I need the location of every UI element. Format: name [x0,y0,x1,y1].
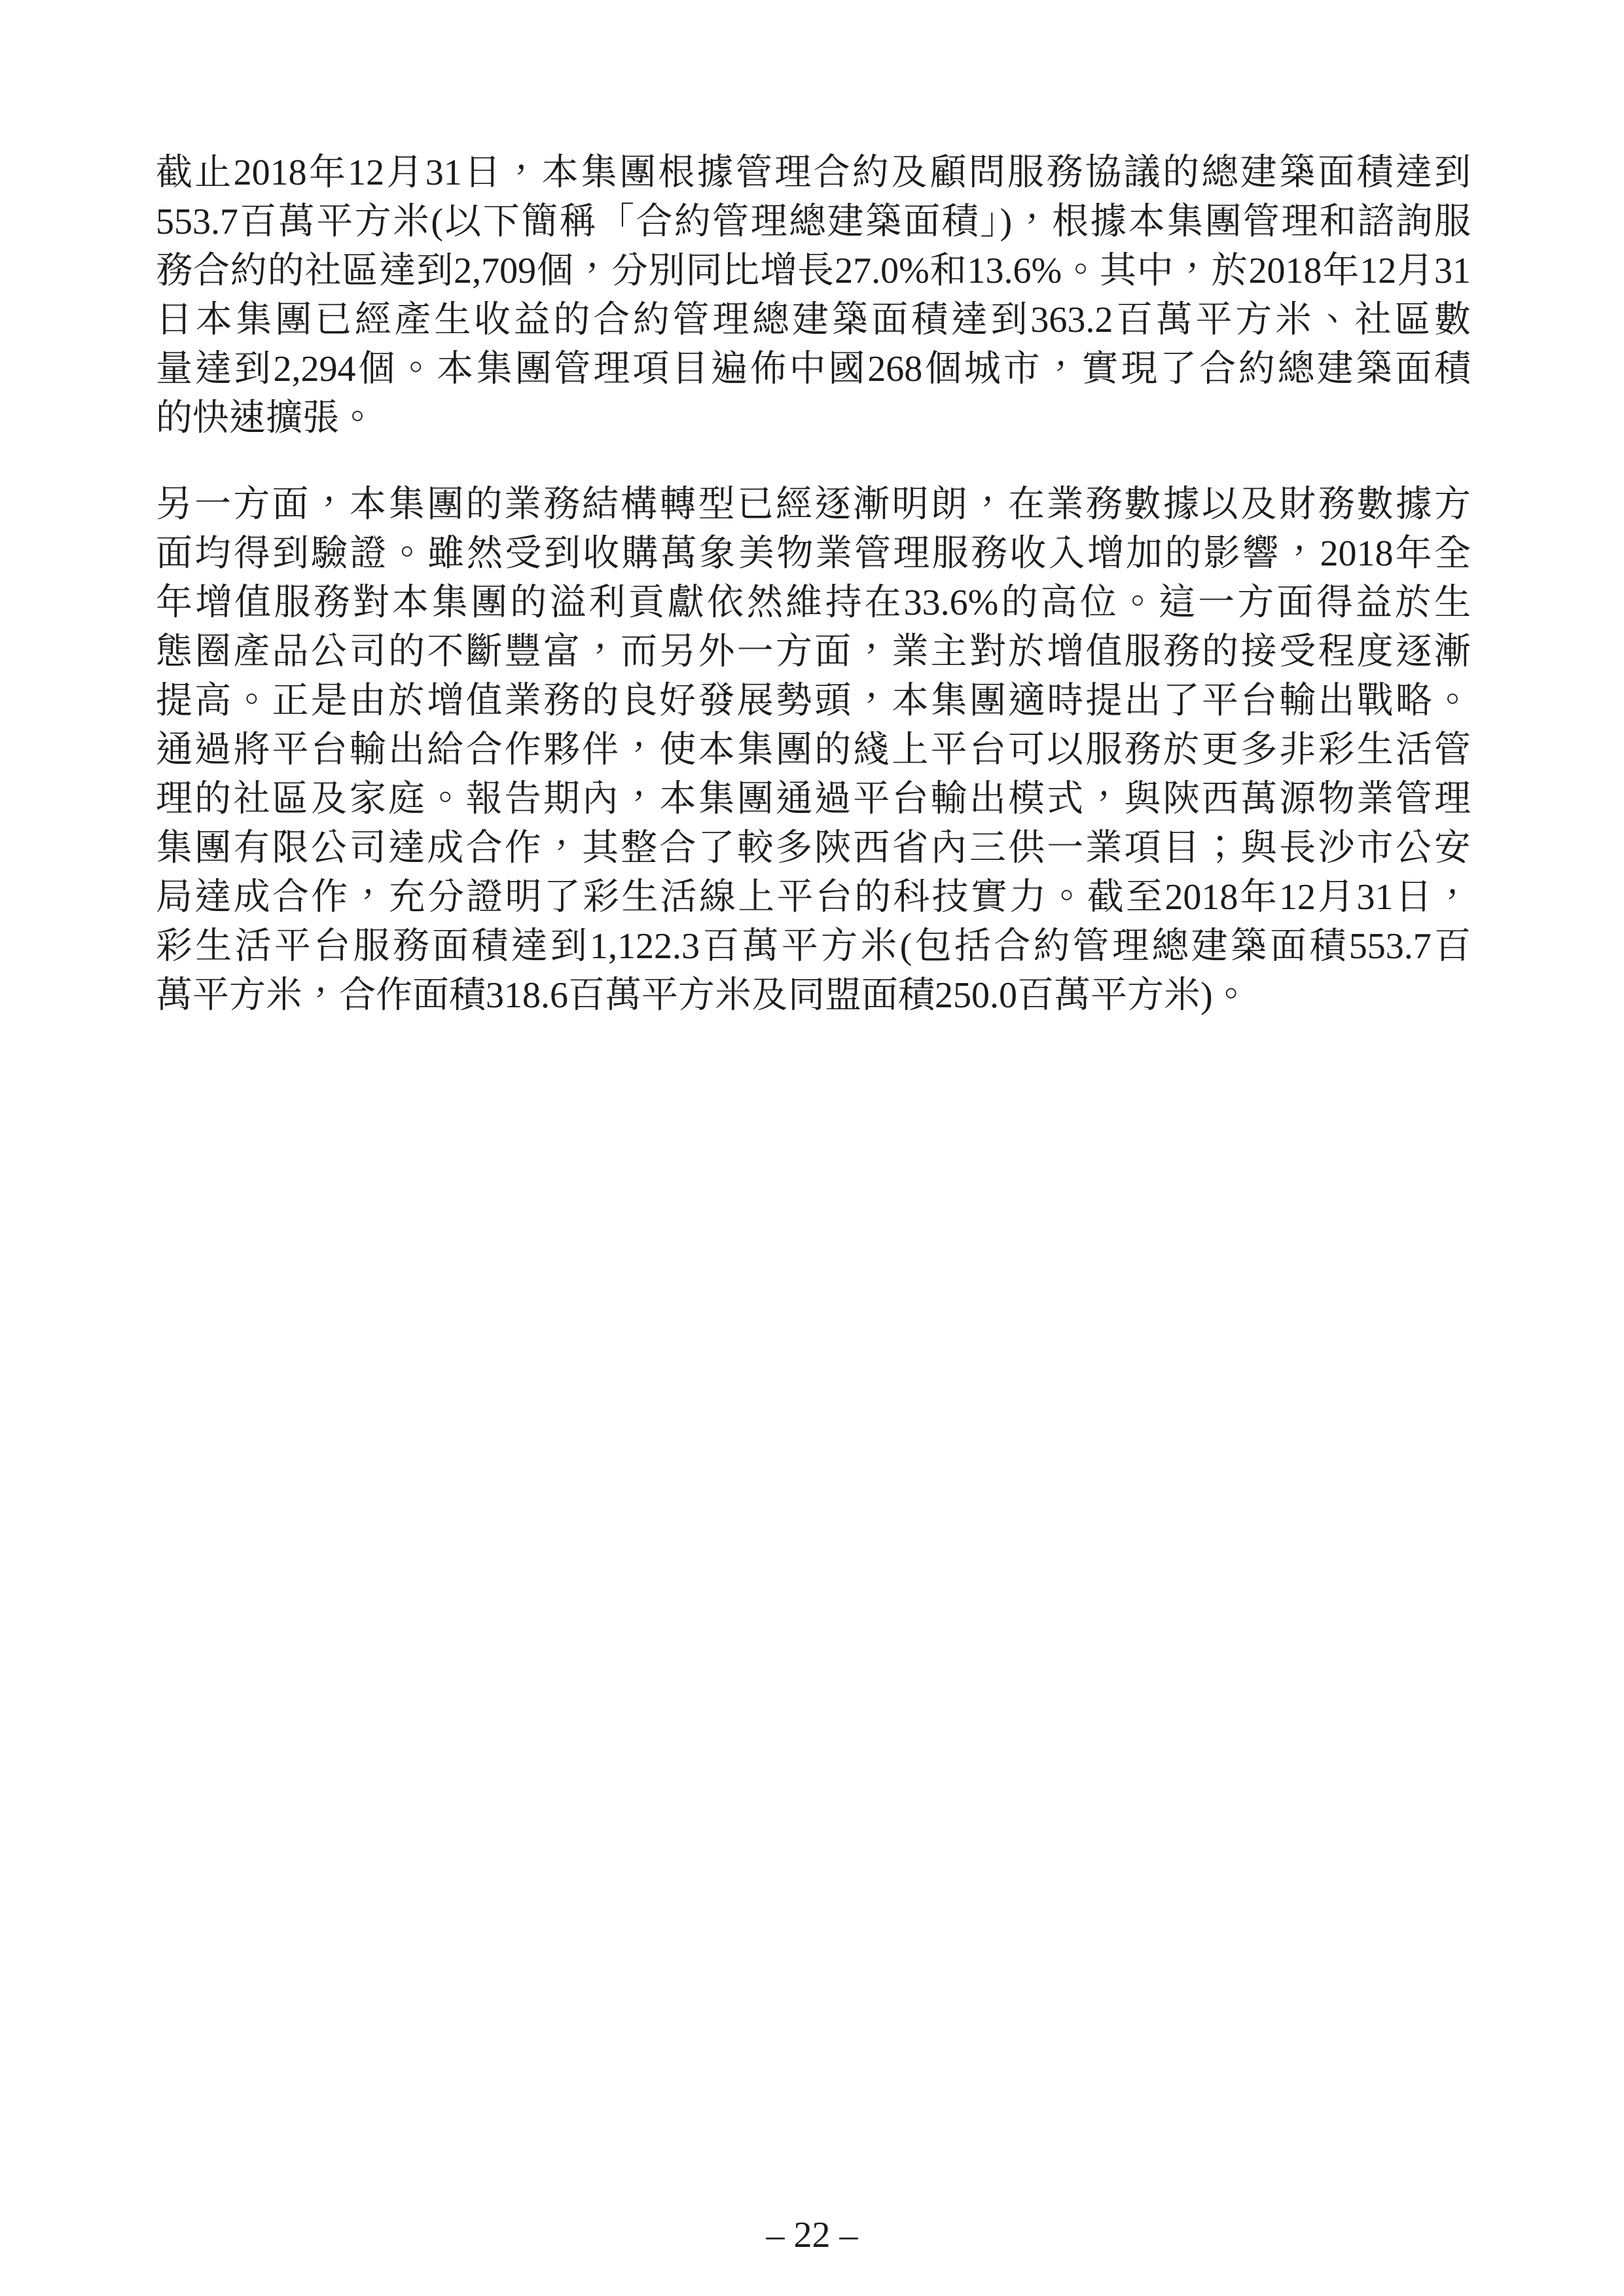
paragraph: 截止2018年12月31日，本集團根據管理合約及顧問服務協議的總建築面積達到55… [156,149,1471,443]
text-line: 的快速擴張。 [156,394,1471,443]
text-line: 務合約的社區達到2,709個，分別同比增長27.0%和13.6%。其中，於201… [156,247,1471,296]
text-line: 彩生活平台服務面積達到1,122.3百萬平方米(包括合約管理總建築面積553.7… [156,922,1471,971]
text-line: 集團有限公司達成合作，其整合了較多陝西省內三供一業項目；與長沙市公安 [156,824,1471,873]
body-text: 截止2018年12月31日，本集團根據管理合約及顧問服務協議的總建築面積達到55… [156,149,1471,1020]
text-line: 提高。正是由於增值業務的良好發展勢頭，本集團適時提出了平台輸出戰略。 [156,677,1471,726]
paragraph: 另一方面，本集團的業務結構轉型已經逐漸明朗，在業務數據以及財務數據方面均得到驗證… [156,480,1471,1020]
text-line: 局達成合作，充分證明了彩生活線上平台的科技實力。截至2018年12月31日， [156,873,1471,922]
text-line: 態圈產品公司的不斷豐富，而另外一方面，業主對於增值服務的接受程度逐漸 [156,628,1471,677]
page-number: – 22 – [0,2215,1624,2255]
page-content: 截止2018年12月31日，本集團根據管理合約及顧問服務協議的總建築面積達到55… [156,149,1471,1058]
text-line: 日本集團已經產生收益的合約管理總建築面積達到363.2百萬平方米、社區數 [156,296,1471,345]
document-page: { "colors": { "background": "#ffffff", "… [0,0,1624,2296]
text-line: 理的社區及家庭。報告期內，本集團通過平台輸出模式，與陝西萬源物業管理 [156,775,1471,824]
page-background: 截止2018年12月31日，本集團根據管理合約及顧問服務協議的總建築面積達到55… [0,0,1624,2296]
text-line: 面均得到驗證。雖然受到收購萬象美物業管理服務收入增加的影響，2018年全 [156,529,1471,579]
text-line: 通過將平台輸出給合作夥伴，使本集團的綫上平台可以服務於更多非彩生活管 [156,726,1471,775]
text-line: 年增值服務對本集團的溢利貢獻依然維持在33.6%的高位。這一方面得益於生 [156,579,1471,628]
text-line: 量達到2,294個。本集團管理項目遍佈中國268個城市，實現了合約總建築面積 [156,345,1471,394]
text-line: 截止2018年12月31日，本集團根據管理合約及顧問服務協議的總建築面積達到 [156,149,1471,198]
text-line: 萬平方米，合作面積318.6百萬平方米及同盟面積250.0百萬平方米)。 [156,971,1471,1020]
text-line: 553.7百萬平方米(以下簡稱「合約管理總建築面積」)，根據本集團管理和諮詢服 [156,198,1471,247]
text-line: 另一方面，本集團的業務結構轉型已經逐漸明朗，在業務數據以及財務數據方 [156,480,1471,529]
